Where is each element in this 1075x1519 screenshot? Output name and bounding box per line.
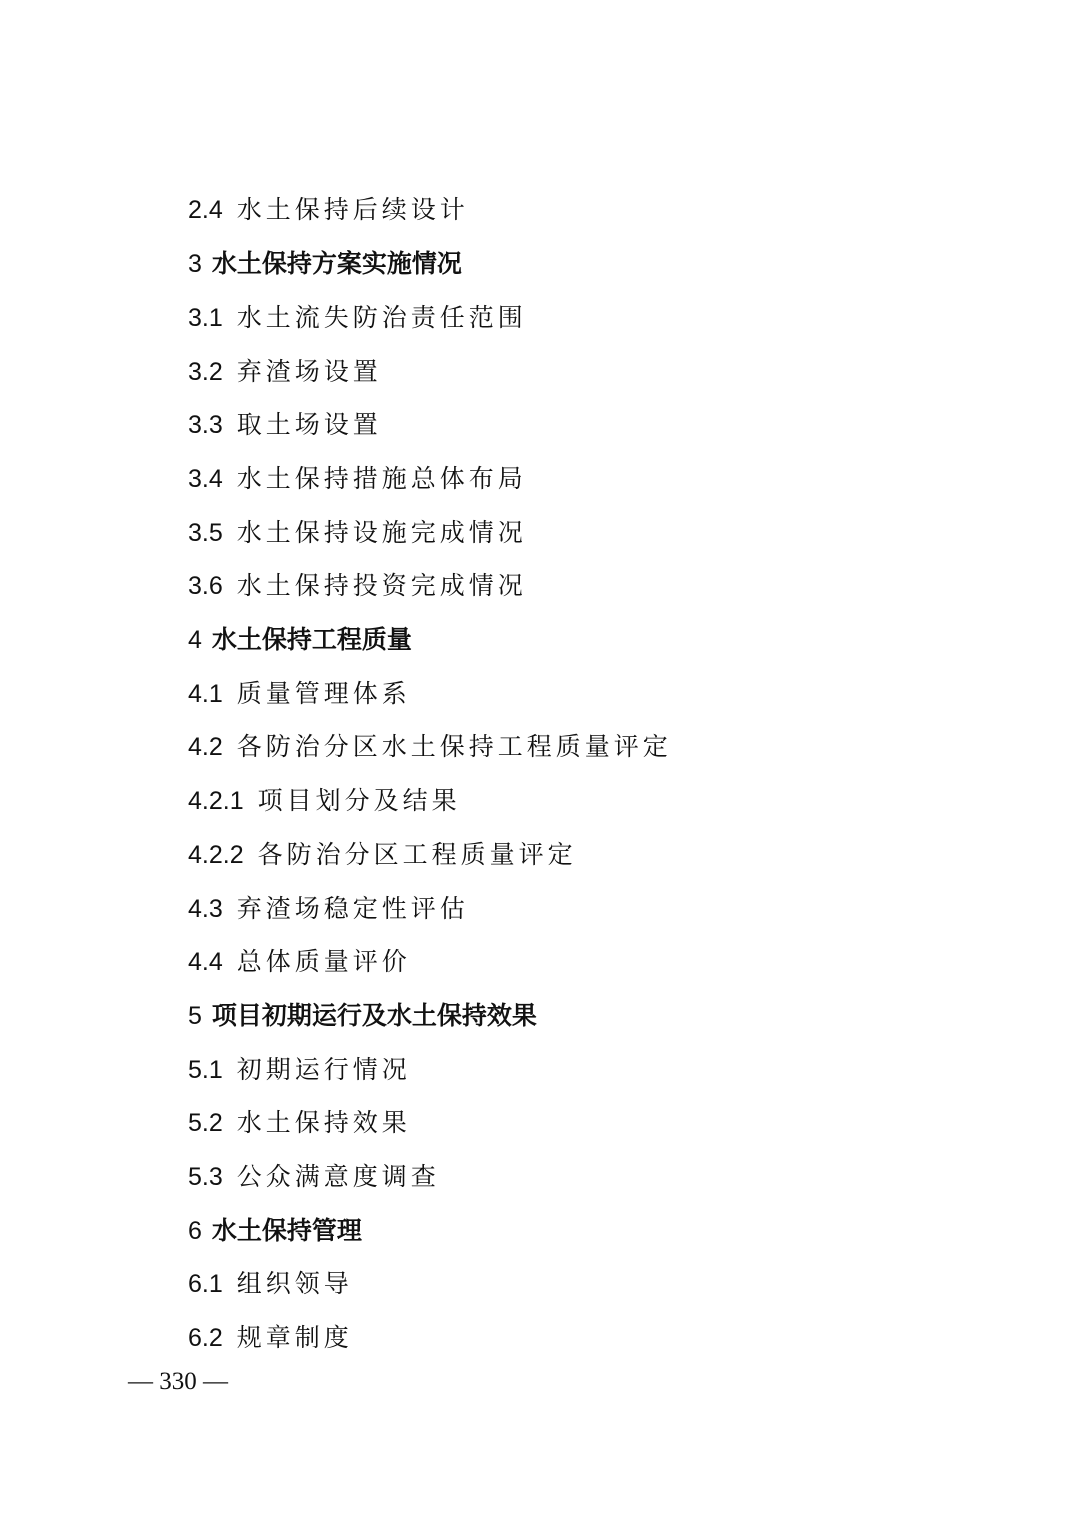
toc-entry: 4水土保持工程质量 <box>188 620 412 660</box>
toc-entry: 3.1水土流失防治责任范围 <box>188 298 527 338</box>
toc-entry: 5.1初期运行情况 <box>188 1050 411 1090</box>
toc-entry: 4.2各防治分区水土保持工程质量评定 <box>188 727 672 767</box>
toc-entry: 2.4水土保持后续设计 <box>188 190 469 230</box>
toc-entry: 4.4总体质量评价 <box>188 942 411 982</box>
toc-entry: 3.3取土场设置 <box>188 405 382 445</box>
toc-entry: 3.4水土保持措施总体布局 <box>188 459 527 499</box>
toc-entry: 4.2.1项目划分及结果 <box>188 781 461 821</box>
toc-entry: 4.3弃渣场稳定性评估 <box>188 889 469 929</box>
toc-entry: 6水土保持管理 <box>188 1211 362 1251</box>
toc-entry: 5.2水土保持效果 <box>188 1103 411 1143</box>
toc-entry: 5.3公众满意度调查 <box>188 1157 440 1197</box>
toc-entry: 6.1组织领导 <box>188 1264 353 1304</box>
page-number: — 330 — <box>128 1368 228 1396</box>
toc-entry: 5项目初期运行及水土保持效果 <box>188 996 537 1036</box>
toc-entry: 3.5水土保持设施完成情况 <box>188 513 527 553</box>
toc-entry: 3.2弃渣场设置 <box>188 352 382 392</box>
toc-entry: 3.6水土保持投资完成情况 <box>188 566 527 606</box>
toc-entry: 4.2.2各防治分区工程质量评定 <box>188 835 577 875</box>
toc-entry: 6.2规章制度 <box>188 1318 353 1358</box>
toc-entry: 3水土保持方案实施情况 <box>188 244 462 284</box>
toc-entry: 4.1质量管理体系 <box>188 674 411 714</box>
